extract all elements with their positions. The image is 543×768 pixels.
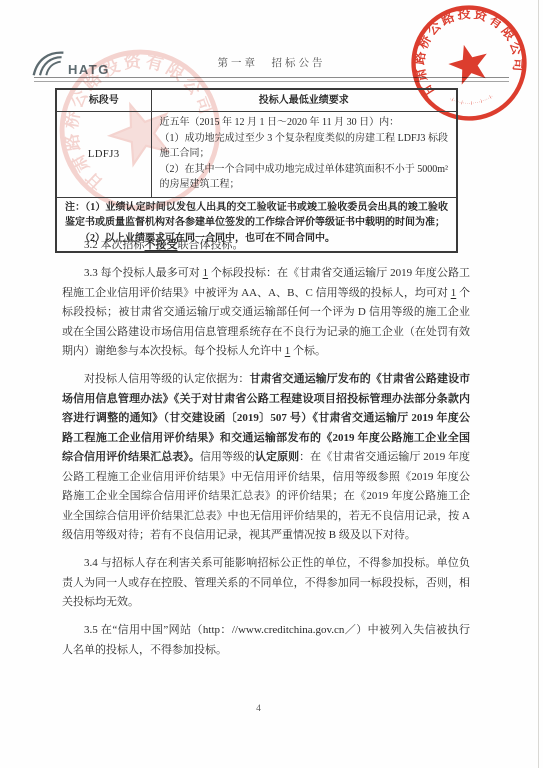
paragraph-3-2: 3.2 本次招标不接受联合体投标。: [62, 236, 470, 256]
paragraph-3-4: 3.4 与招标人存在利害关系可能影响招标公正性的单位，不得参加投标。单位负责人为…: [62, 554, 470, 613]
page-number: 4: [0, 704, 517, 714]
requirement-line: （2）在其中一个合同中成功地完成过单体建筑面积不小于 5000m² 的房屋建筑工…: [160, 162, 449, 193]
table-row: LDFJ3 近五年（2015 年 12 月 1 日～2020 年 11 月 30…: [56, 112, 457, 198]
performance-requirements-table: 标段号 投标人最低业绩要求 LDFJ3 近五年（2015 年 12 月 1 日～…: [55, 88, 458, 253]
requirement-cell: 近五年（2015 年 12 月 1 日～2020 年 11 月 30 日）内： …: [151, 112, 457, 198]
note-line: 注：（1）业绩认定时间以发包人出具的交工验收证书或竣工验收委员会出具的竣工验收鉴…: [65, 200, 448, 231]
requirement-header: 投标人最低业绩要求: [151, 89, 457, 112]
body-text: 3.2 本次招标不接受联合体投标。 3.3 每个投标人最多可对 1 个标段投标：…: [62, 236, 470, 669]
section-number-header: 标段号: [56, 89, 151, 112]
requirement-line: 近五年（2015 年 12 月 1 日～2020 年 11 月 30 日）内：: [160, 115, 449, 131]
table-header-row: 标段号 投标人最低业绩要求: [56, 89, 457, 112]
paragraph-3-3: 3.3 每个投标人最多可对 1 个标段投标：在《甘肃省交通运输厅 2019 年度…: [62, 264, 470, 362]
paragraph-credit-basis: 对投标人信用等级的认定依据为：甘肃省交通运输厅发布的《甘肃省公路建设市场信用信息…: [62, 370, 470, 546]
section-number-cell: LDFJ3: [56, 112, 151, 198]
page-edge-line: [538, 0, 540, 768]
requirement-line: （1）成功地完成过至少 3 个复杂程度类似的房建工程 LDFJ3 标段施工合同；: [160, 131, 449, 162]
document-page: HATG 第一章 招标公告 甘肃路桥公路投资有限公司 甘肃路桥公路投资有限公司 …: [0, 0, 543, 768]
paragraph-3-5: 3.5 在“信用中国”网站（http：//www.creditchina.gov…: [62, 621, 470, 660]
seal-star-icon: [445, 40, 493, 87]
